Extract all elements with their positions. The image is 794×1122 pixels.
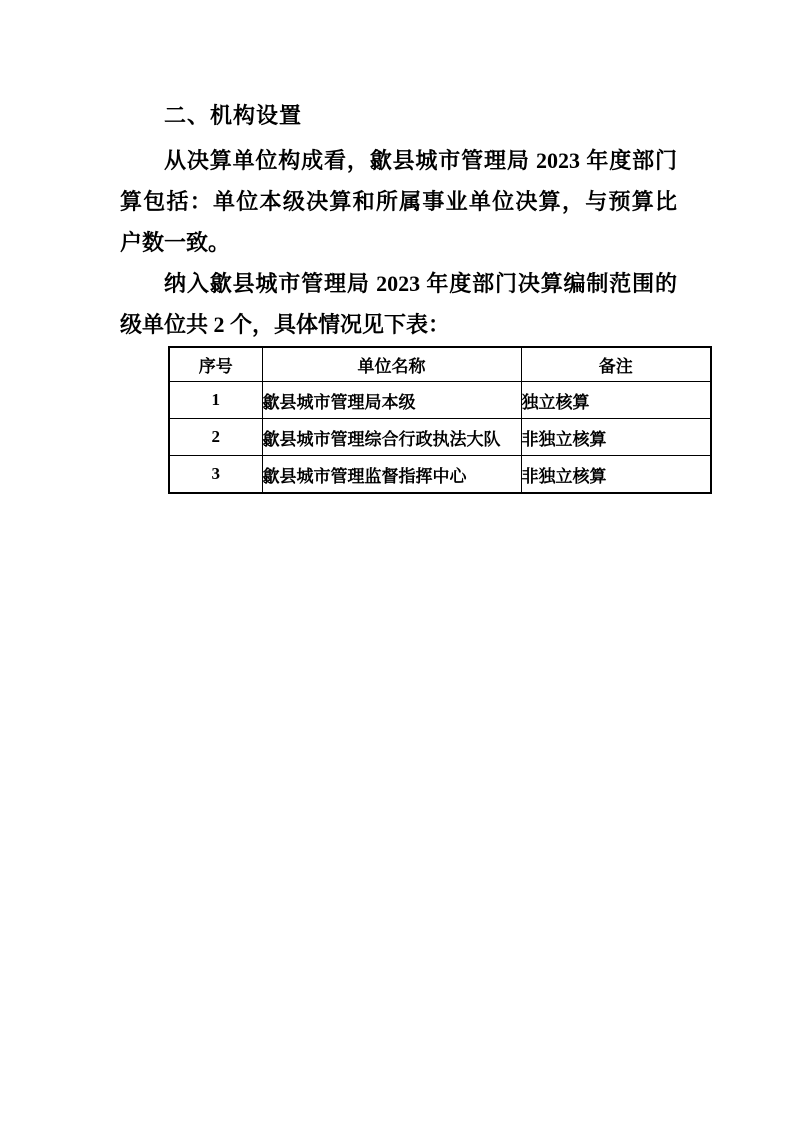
table-row: 1 歙县城市管理局本级 独立核算 (169, 382, 711, 419)
paragraph-line: 户数一致。 (120, 222, 677, 263)
column-header-no: 序号 (169, 347, 262, 382)
cell-unit-name: 歙县城市管理局本级 (262, 382, 521, 419)
cell-row-no: 2 (169, 419, 262, 456)
document-content: 二、机构设置 从决算单位构成看，歙县城市管理局 2023 年度部门决 算包括：单… (0, 0, 794, 494)
section-heading: 二、机构设置 (120, 95, 677, 136)
table-row: 3 歙县城市管理监督指挥中心 非独立核算 (169, 456, 711, 494)
paragraph-line: 从决算单位构成看，歙县城市管理局 2023 年度部门决 (120, 140, 677, 181)
paragraph-line: 算包括：单位本级决算和所属事业单位决算，与预算比较， (120, 181, 677, 222)
table-header-row: 序号 单位名称 备注 (169, 347, 711, 382)
cell-row-no: 1 (169, 382, 262, 419)
org-units-table: 序号 单位名称 备注 1 歙县城市管理局本级 独立核算 2 歙县城市管理综合行政… (168, 346, 712, 494)
cell-row-no: 3 (169, 456, 262, 494)
document-page: 二、机构设置 从决算单位构成看，歙县城市管理局 2023 年度部门决 算包括：单… (0, 0, 794, 1122)
cell-note: 非独立核算 (521, 456, 711, 494)
paragraph-2: 纳入歙县城市管理局 2023 年度部门决算编制范围的二 级单位共 2 个，具体情… (120, 263, 677, 345)
cell-note: 非独立核算 (521, 419, 711, 456)
column-header-note: 备注 (521, 347, 711, 382)
table-row: 2 歙县城市管理综合行政执法大队 非独立核算 (169, 419, 711, 456)
paragraph-1: 从决算单位构成看，歙县城市管理局 2023 年度部门决 算包括：单位本级决算和所… (120, 140, 677, 263)
column-header-name: 单位名称 (262, 347, 521, 382)
cell-unit-name: 歙县城市管理综合行政执法大队 (262, 419, 521, 456)
cell-unit-name: 歙县城市管理监督指挥中心 (262, 456, 521, 494)
paragraph-line: 级单位共 2 个，具体情况见下表： (120, 304, 677, 345)
cell-note: 独立核算 (521, 382, 711, 419)
paragraph-line: 纳入歙县城市管理局 2023 年度部门决算编制范围的二 (120, 263, 677, 304)
